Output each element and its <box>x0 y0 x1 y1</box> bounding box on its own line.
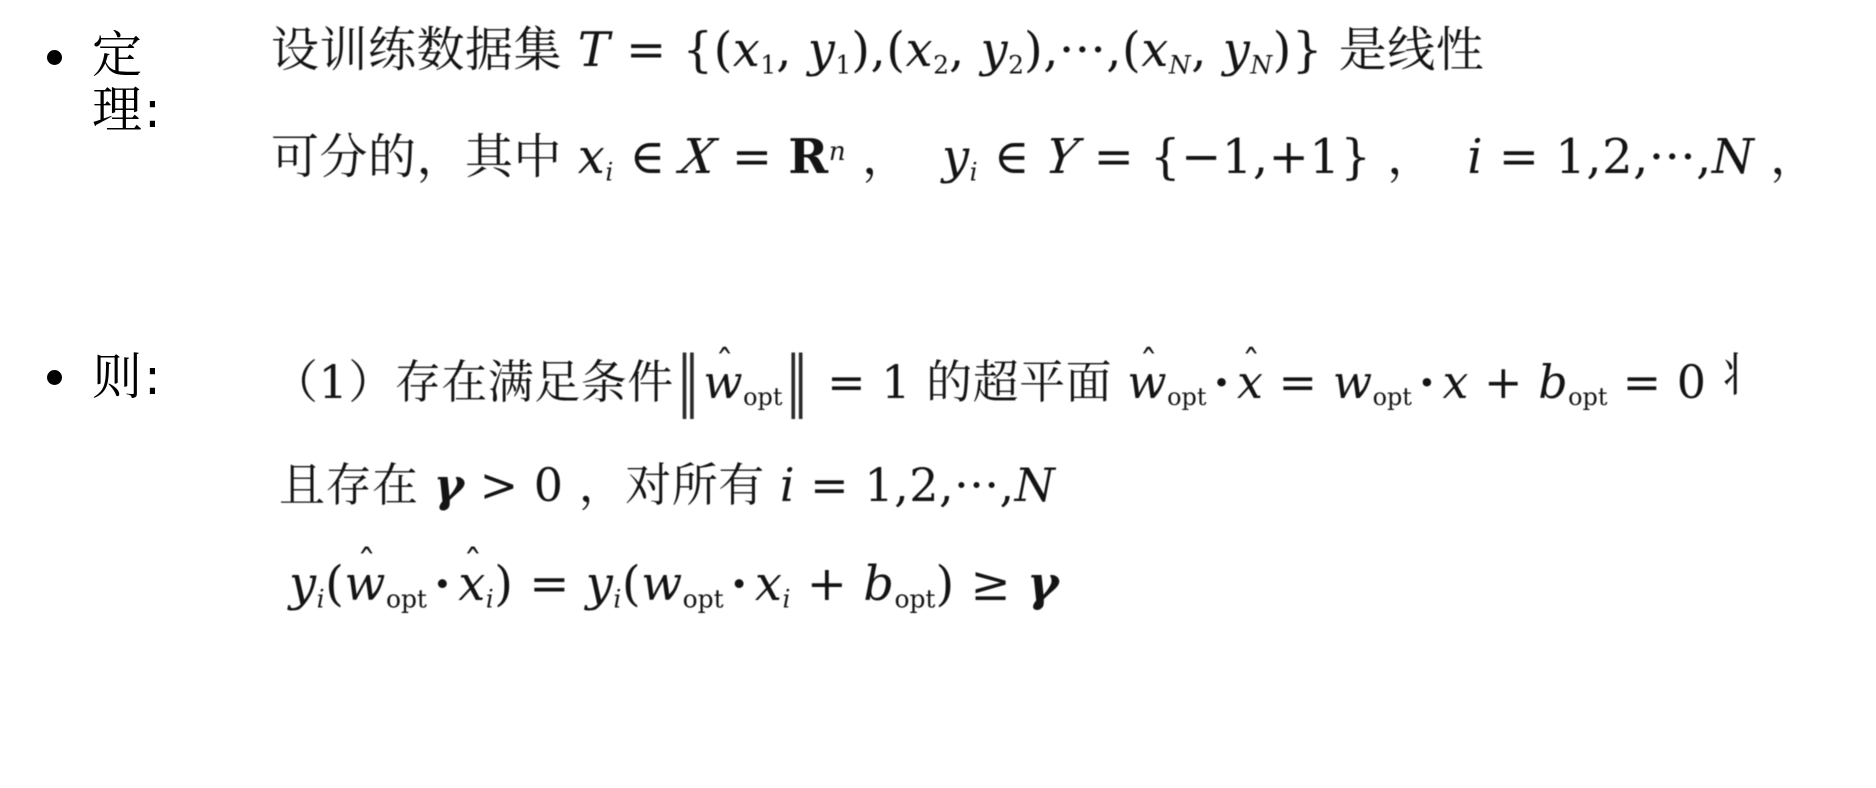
formula-seg-rm: ∈ <box>614 129 682 185</box>
formula-seg-rm: = 1,2,···, <box>795 458 1015 512</box>
formula-seg-norm: ‖ <box>674 347 704 414</box>
formula-line-domains: 可分的，其中 xi ∈ X = Rn ， yi ∈ Y = {−1,+1} ， … <box>271 133 1819 185</box>
formula-seg-subi: N <box>1169 50 1191 79</box>
formula-seg-bf: R <box>788 129 828 185</box>
formula-seg-rm: ),( <box>851 22 905 78</box>
formula-seg-dot: · <box>1412 355 1443 409</box>
formula-seg-sub: 1 <box>835 50 851 79</box>
formula-seg-hat: ˆw <box>703 359 743 405</box>
formula-seg-subi: i <box>782 584 790 613</box>
formula-seg-hat: ˆw <box>1127 359 1167 405</box>
formula-seg-cal: X <box>678 133 719 181</box>
formula-seg-hat: ˆx <box>458 560 486 608</box>
bullet-dot-icon <box>47 50 62 65</box>
formula-seg-rm: ， <box>1754 129 1818 185</box>
formula-line-gamma-exists: 且存在 γ > 0 ，对所有 i = 1,2,···,N <box>279 462 1055 508</box>
formula-seg-it: w <box>641 556 683 612</box>
formula-seg-sup: n <box>829 136 847 167</box>
formula-seg-rm <box>562 129 578 185</box>
formula-seg-clip: 将 <box>1723 352 1738 398</box>
bullet-label-then: 则: <box>92 350 163 405</box>
formula-seg-subi: i <box>486 584 494 613</box>
formula-seg-it: x <box>1442 355 1468 409</box>
formula-seg-it: y <box>808 22 836 78</box>
formula-seg-cal: Y <box>1042 133 1081 181</box>
formula-seg-rm: ),···,( <box>1024 22 1141 78</box>
formula-seg-sub: 1 <box>760 50 776 79</box>
formula-seg-rm: = <box>716 129 788 185</box>
formula-seg-rm: = 0 <box>1607 355 1706 409</box>
formula-seg-it: i <box>1467 129 1483 185</box>
slide-canvas: 定理: 则: 设训练数据集 T = {(x1, y1),(x2, y2),···… <box>0 0 1876 788</box>
formula-seg-it: N <box>1015 458 1056 512</box>
formula-seg-sub: opt <box>1167 383 1206 411</box>
formula-seg-rm <box>765 458 780 512</box>
formula-seg-cn: 对所有 <box>625 458 765 512</box>
formula-seg-subi: i <box>613 584 621 613</box>
formula-seg-dot: · <box>427 556 458 612</box>
formula-seg-it: w <box>1333 355 1373 409</box>
formula-seg-it: y <box>981 22 1009 78</box>
formula-seg-rm <box>419 458 434 512</box>
formula-seg-hat: ˆw <box>344 560 386 608</box>
formula-seg-rm: , <box>776 22 808 78</box>
formula-seg-sub: opt <box>1568 383 1607 411</box>
formula-seg-bi: γ <box>434 458 465 512</box>
formula-seg-rm: = <box>1263 355 1332 409</box>
formula-seg-subi: i <box>605 157 613 186</box>
formula-seg-rm: ( <box>325 556 344 612</box>
formula-seg-rm: ∈ <box>978 129 1046 185</box>
formula-seg-rm: = 1 <box>812 355 926 409</box>
formula-seg-it: i <box>780 458 795 512</box>
formula-seg-cn: 的超平面 <box>926 355 1112 409</box>
formula-seg-rm: = {( <box>610 22 733 78</box>
formula-seg-norm: ‖ <box>782 347 812 414</box>
formula-seg-it: y <box>942 129 970 185</box>
formula-seg-cn: （1）存在满足条件 <box>272 355 674 409</box>
formula-line-training-set: 设训练数据集 T = {(x1, y1),(x2, y2),···,(xN, y… <box>271 26 1484 78</box>
bullet-dot-icon <box>47 370 62 385</box>
formula-seg-rm: ) ≥ <box>935 556 1026 612</box>
formula-line-hyperplane: （1）存在满足条件‖ˆwopt‖ = 1 的超平面 ˆwopt·ˆx = wop… <box>272 352 1738 410</box>
formula-seg-sub: opt <box>683 584 724 613</box>
formula-seg-hat: ˆx <box>1237 359 1263 405</box>
hat-accent-icon: ˆ <box>1242 346 1261 383</box>
formula-seg-it: x <box>578 129 606 185</box>
formula-seg-subi: i <box>970 157 978 186</box>
formula-seg-rm <box>562 22 578 78</box>
formula-seg-cn: 且存在 <box>279 458 419 512</box>
formula-seg-sub: 2 <box>933 50 949 79</box>
formula-seg-rm: ) = <box>494 556 585 612</box>
formula-seg-subi: N <box>1250 50 1272 79</box>
formula-seg-it: b <box>1538 355 1568 409</box>
formula-seg-it: b <box>863 556 894 612</box>
hat-accent-icon: ˆ <box>1139 346 1158 383</box>
formula-seg-cn: ， <box>579 458 626 512</box>
formula-seg-dot: · <box>1206 355 1237 409</box>
formula-seg-it: N <box>1712 129 1755 185</box>
formula-seg-rm: + <box>791 556 863 612</box>
formula-seg-dot: · <box>724 556 755 612</box>
formula-seg-sub: 2 <box>1008 50 1024 79</box>
formula-seg-rm: + <box>1469 355 1538 409</box>
formula-seg-rm: = {−1,+1} ， <box>1078 129 1467 185</box>
formula-seg-rm: ( <box>622 556 641 612</box>
formula-seg-rm: = 1,2,···, <box>1483 129 1712 185</box>
formula-seg-sub: opt <box>386 584 427 613</box>
formula-seg-it: x <box>755 556 783 612</box>
formula-seg-sub: opt <box>1373 383 1412 411</box>
formula-seg-it: y <box>289 556 317 612</box>
formula-seg-it: y <box>1223 22 1251 78</box>
formula-seg-it: x <box>906 22 934 78</box>
hat-accent-icon: ˆ <box>463 546 483 584</box>
hat-accent-icon: ˆ <box>715 346 734 383</box>
formula-seg-subi: i <box>317 584 325 613</box>
formula-seg-it: x <box>1141 22 1169 78</box>
formula-seg-rm: , <box>1191 22 1223 78</box>
formula-seg-it: y <box>586 556 614 612</box>
formula-seg-it: x <box>733 22 761 78</box>
bullet-label-theorem: 定理: <box>92 28 163 138</box>
formula-seg-rm: ， <box>846 129 942 185</box>
formula-seg-cn: 设训练数据集 <box>271 22 562 78</box>
formula-seg-it: T <box>578 22 611 78</box>
formula-seg-cn: 是线性 <box>1339 22 1485 78</box>
formula-seg-sub: opt <box>894 584 935 613</box>
formula-seg-rm: > 0 <box>465 458 579 512</box>
formula-line-margin-inequality: yi(ˆwopt·ˆxi) = yi(wopt·xi + bopt) ≥ γ <box>289 560 1059 612</box>
formula-seg-rm: )} <box>1273 22 1339 78</box>
formula-seg-sub: opt <box>743 383 782 411</box>
formula-seg-rm: , <box>949 22 981 78</box>
formula-seg-bi: γ <box>1027 556 1059 612</box>
formula-seg-rm <box>1112 355 1127 409</box>
formula-seg-cn: 可分的，其中 <box>271 129 562 185</box>
hat-accent-icon: ˆ <box>357 546 377 584</box>
